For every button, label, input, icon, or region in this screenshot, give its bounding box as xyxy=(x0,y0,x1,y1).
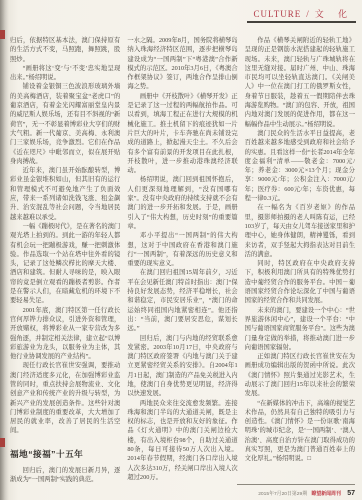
paragraph: 未来的澳门，要建设一个中心：“世界旅游休闲中心”，建设一个平台：“中国与葡语国家… xyxy=(245,306,355,352)
paragraph: 一水之隔。2009年8月，国务院将横琴岛纳入珠海经济特区范围，逐步把横琴岛建设成… xyxy=(127,36,237,92)
paragraph: 正如澳门特区行政长官崔世安在为画册成功编辑出版的贺函中所说。此次《澳门情怀》照片… xyxy=(245,352,355,398)
magazine-page: CULTURE/文 化 归后，依据特区基本法，澳门保持原有的生活方式不变，马照跑… xyxy=(0,0,362,500)
footer-magazine-name: 瞭望新闻周刊 xyxy=(311,492,340,497)
paragraph: 澳门民众的生活水平日益提高，老百姓越来越多地感受到政府和社会给予的实惠。且看这样… xyxy=(245,129,355,203)
column-right: 作品《横琴关闸附近的轻轨工地》呈现的正是钢筋水泥搭建起的轻轨施工现场。未来，澳门… xyxy=(245,36,355,483)
paragraph: 画册中《开枝散叶》《横琴开发》正是记录了这一过程的两幅航拍作品。可以看到，填海工… xyxy=(127,92,237,176)
footer-page-number: 57 xyxy=(347,490,355,497)
paragraph: 邓小平提出“一国两制”的伟大构想，这对于中国政府在香港和澳门施行“一国两制”，有… xyxy=(127,231,237,268)
footer-rule xyxy=(237,484,355,485)
article-body: 归后，依据特区基本法，澳门保持原有的生活方式不变，马照跑，舞照跳，股照炒。 “画… xyxy=(10,36,355,483)
column-middle: 一水之隔。2009年8月，国务院将横琴岛纳入珠海经济特区范围，逐步把横琴岛建设成… xyxy=(127,36,237,483)
paragraph: 两地民众来往交流愈发频繁。连接珠海和澳门半岛的大通道关闸，既是主权的标志，也是开… xyxy=(127,399,237,483)
paragraph: 一幅《蹦极时代》，是在著名的澳门观光塔上拍到的。到此一游的年轻人都有机会玩一把蹦… xyxy=(10,222,120,306)
paragraph: 在澳门回归祖国15周年前夕，习近平在会见新任澳门特首时指出：澳门“保持良好发展态… xyxy=(127,268,237,333)
paragraph: 现任行政长官崔世安强调，要推动澳门经济适度多元化，在加强博彩业监管的同时，重点扶… xyxy=(10,361,120,435)
paragraph: 归后，依据特区基本法，澳门保持原有的生活方式不变，马照跑，舞照跳，股照炒。 xyxy=(10,36,120,64)
section-label-zh: 文 化 xyxy=(315,9,353,19)
paragraph: 近年来，澳门虽开始酝酿转型，博彩业虽金银堆积如山，但其旧有的运行和管理模式不可避… xyxy=(10,166,120,222)
paragraph: 在一幅名为《百岁老妪》的作品里，摄影师拍摄的老人叫陈有运，已经103岁了，每天由… xyxy=(245,203,355,259)
section-header: CULTURE/文 化 xyxy=(193,7,353,20)
spine-mark-top xyxy=(0,30,5,39)
footer-issue-date: 2015年7月20日第29期 xyxy=(258,492,307,497)
paragraph: “在新媒体的冲击下，高端的视觉艺术作品，仍然具有自己独特的吸引力与创造性。《澳门… xyxy=(245,399,355,464)
paragraph: 2001年底，澳门特区第一任行政长官何厚铧力排众议，引进外资和管理，开放赌权，将… xyxy=(10,306,120,362)
column-left: 归后，依据特区基本法，澳门保持原有的生活方式不变，马照跑，舞照跳，股照炒。 “画… xyxy=(10,36,120,483)
paragraph: 杨绍明说，澳门回到祖国怀抱后，人们更深刻地理解到，“没有国哪有家”。没有中央政府… xyxy=(127,175,237,231)
page-spine-shadow xyxy=(0,0,9,500)
spine-mark-bottom xyxy=(0,438,5,447)
section-label-en: CULTURE xyxy=(254,9,302,19)
section-heading: 福地“接福”十五年 xyxy=(10,450,120,459)
paragraph: 回归后，澳门的发展日新月异，逐渐成为“一国两制”实践的典范。 xyxy=(10,466,120,483)
paragraph: “画册将这‘变’与‘不变’忠实地呈现出来。”杨绍明说。 xyxy=(10,64,120,83)
header-rule xyxy=(247,21,356,23)
paragraph: 作品《横琴关闸附近的轻轨工地》呈现的正是钢筋水泥搭建起的轻轨施工现场。未来，澳门… xyxy=(245,36,355,129)
paragraph: 铺设着金银铜三色波浪形玻璃外墙的美高梅酒店，装着聚宝盆“老虎口”的葡京酒店，有着… xyxy=(10,82,120,166)
paragraph: 回归后，澳门与内地的经贸联系愈发紧密。2003年10月17日，中央政府与澳门特区… xyxy=(127,334,237,399)
paragraph: 同时，特区政府在中央政府支持下，积极利用澳门所具有的特殊优势打造中葡经贸合作的服… xyxy=(245,259,355,305)
page-footer: 2015年7月20日第29期 瞭望新闻周刊 57 xyxy=(258,490,355,497)
section-label-separator: / xyxy=(306,9,310,19)
